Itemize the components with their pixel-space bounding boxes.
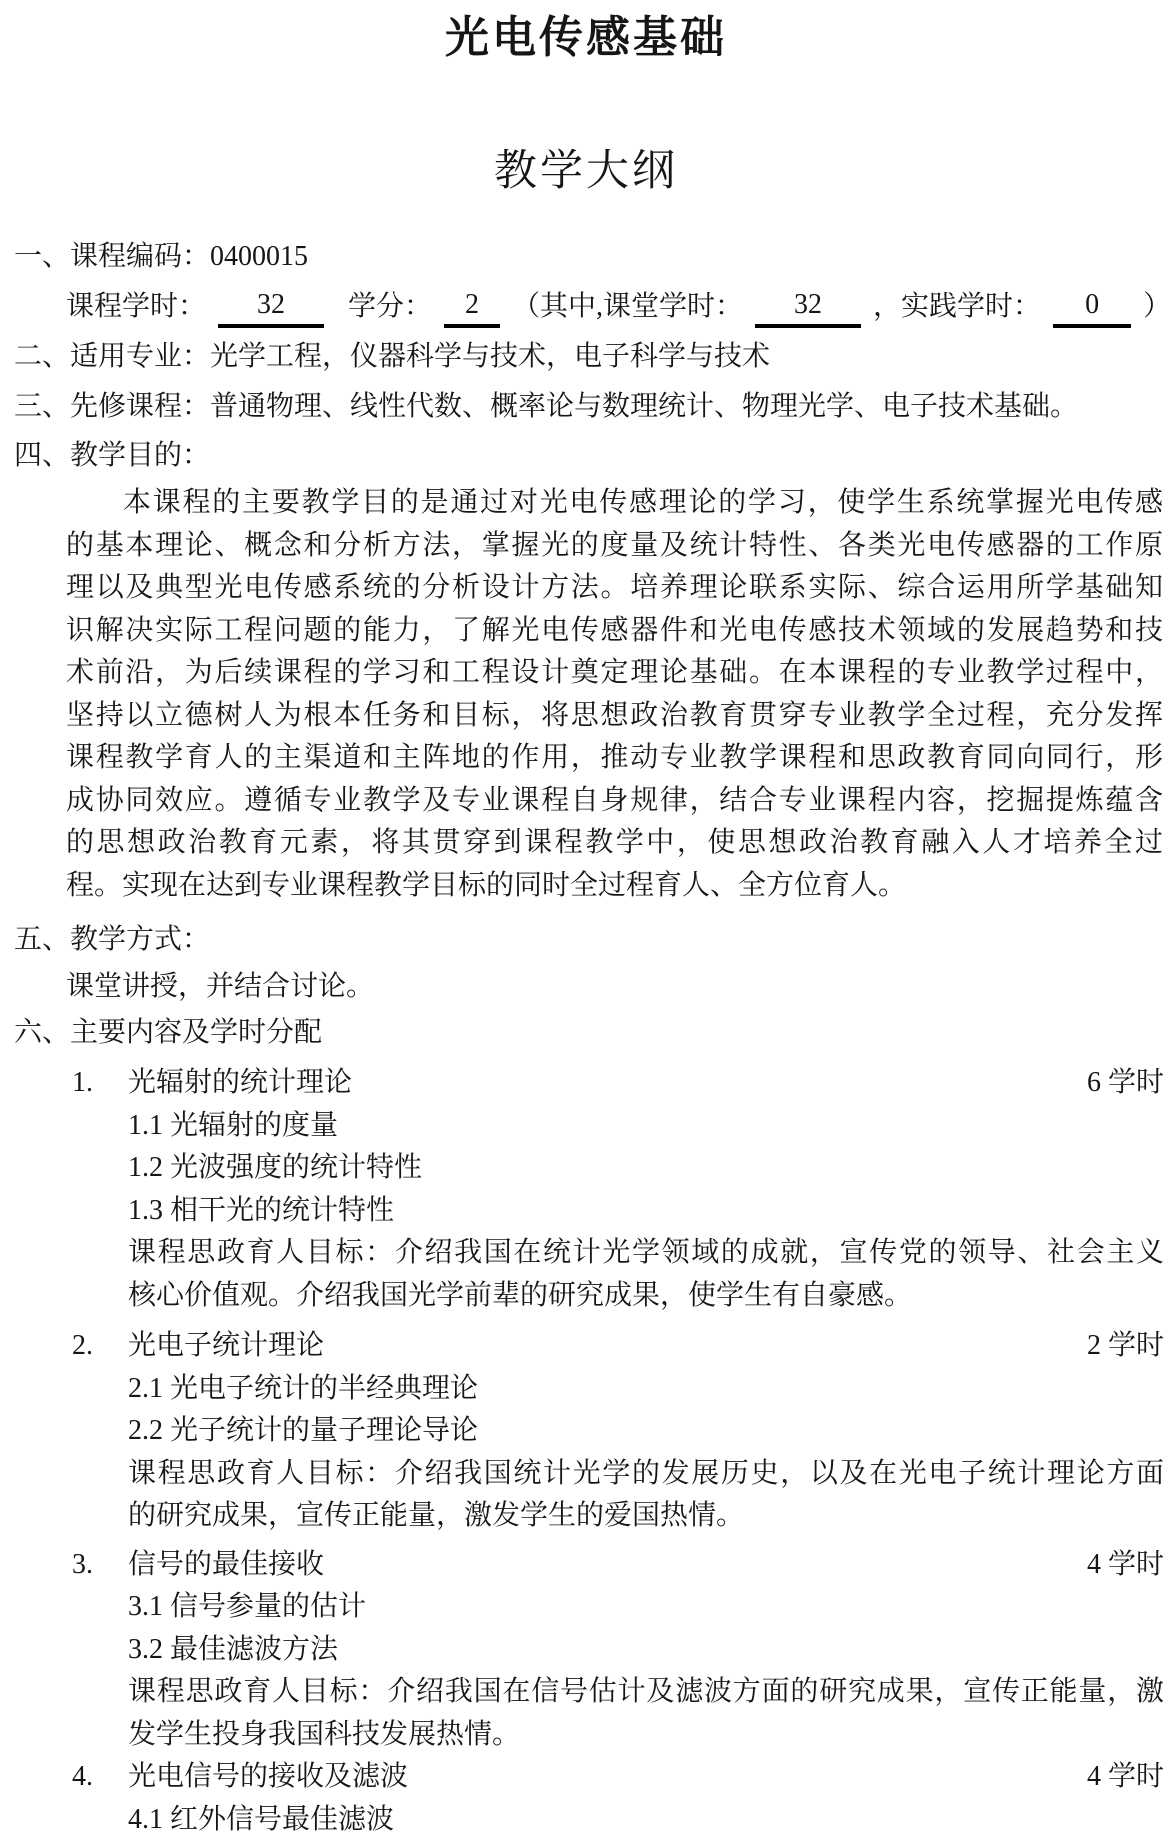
paragraph-line: 的基本理论、概念和分析方法，掌握光的度量及统计特性、各类光电传感器的工作原 [66,525,1163,568]
ideology-line: 课程思政育人目标：介绍我国统计光学的发展历史，以及在光电子统计理论方面 [128,1453,1164,1496]
item-title: 光电子统计理论 [128,1325,1087,1368]
ideology-line: 的研究成果，宣传正能量，激发学生的爱国热情。 [128,1495,1164,1538]
item-hours: 4 学时 [1087,1544,1164,1587]
section-majors: 二、适用专业：光学工程，仪器科学与技术，电子科学与技术 [14,336,1172,378]
item-title: 信号的最佳接收 [128,1544,1087,1587]
item-title: 光辐射的统计理论 [128,1062,1087,1105]
section-2-marker: 二、 [14,336,70,378]
syllabus-page: 光电传感基础 教学大纲 一、课程编码：0400015 课程学时：32学分：2（其… [0,0,1172,1835]
class-hours-blank: 32 [755,288,861,328]
subtopic: 2.2 光子统计的量子理论导论 [128,1410,1172,1453]
close-paren: ） [1143,291,1171,322]
paragraph-line: 术前沿，为后续课程的学习和工程设计奠定理论基础。在本课程的专业教学过程中， [66,652,1163,695]
item-header: 3.信号的最佳接收4 学时 [72,1544,1164,1587]
teaching-method-heading: 教学方式： [70,924,210,955]
content-item-1: 1.光辐射的统计理论6 学时 1.1 光辐射的度量 1.2 光波强度的统计特性 … [0,1062,1172,1317]
course-title: 光电传感基础 [0,14,1172,62]
section-main-content: 六、主要内容及学时分配 [14,1012,1172,1054]
item-header: 2.光电子统计理论2 学时 [72,1325,1164,1368]
section-teaching-method: 五、教学方式： [14,919,1172,961]
doc-subtitle: 教学大纲 [0,148,1172,196]
ideology-line: 课程思政育人目标：介绍我国在信号估计及滤波方面的研究成果，宣传正能量，激 [128,1671,1164,1714]
section-prerequisites: 三、先修课程：普通物理、线性代数、概率论与数理统计、物理光学、电子技术基础。 [14,386,1172,428]
course-code-text: 课程编码：0400015 [70,241,308,272]
teaching-method-content: 课堂讲授，并结合讨论。 [66,966,1172,1008]
paragraph-line: 课程教学育人的主渠道和主阵地的作用，推动专业教学课程和思政教育同向同行，形 [66,737,1163,780]
teaching-purpose-heading: 教学目的： [70,440,210,471]
paragraph-line: 理以及典型光电传感系统的分析设计方法。培养理论联系实际、综合运用所学基础知 [66,567,1163,610]
subtopic: 1.1 光辐射的度量 [128,1105,1172,1148]
course-hours-line: 课程学时：32学分：2（其中,课堂学时：32，实践学时：0） [66,286,1172,328]
ideology-goal: 课程思政育人目标：介绍我国在信号估计及滤波方面的研究成果，宣传正能量，激 发学生… [128,1671,1164,1756]
section-5-marker: 五、 [14,919,70,961]
subtopic: 2.1 光电子统计的半经典理论 [128,1368,1172,1411]
subtopic: 3.1 信号参量的估计 [128,1586,1172,1629]
paragraph-line: 本课程的主要教学目的是通过对光电传感理论的学习，使学生系统掌握光电传感 [66,482,1163,525]
ideology-line: 发学生投身我国科技发展热情。 [128,1714,1164,1757]
item-hours: 2 学时 [1087,1325,1164,1368]
practice-hours-label: ，实践学时： [873,291,1041,322]
item-number: 3. [72,1544,128,1587]
content-items: 1.光辐射的统计理论6 学时 1.1 光辐射的度量 1.2 光波强度的统计特性 … [0,1062,1172,1835]
class-hours-label: （其中,课堂学时： [512,291,743,322]
content-item-3: 3.信号的最佳接收4 学时 3.1 信号参量的估计 3.2 最佳滤波方法 课程思… [0,1544,1172,1757]
content-item-2: 2.光电子统计理论2 学时 2.1 光电子统计的半经典理论 2.2 光子统计的量… [0,1325,1172,1538]
subtopic: 3.2 最佳滤波方法 [128,1629,1172,1672]
credit-blank: 2 [444,288,500,328]
paragraph-line: 的思想政治教育元素，将其贯穿到课程教学中，使思想政治教育融入人才培养全过 [66,822,1163,865]
section-teaching-purpose: 四、教学目的： [14,435,1172,477]
item-hours: 4 学时 [1087,1756,1164,1799]
prerequisites-text: 先修课程：普通物理、线性代数、概率论与数理统计、物理光学、电子技术基础。 [70,391,1078,422]
section-1-marker: 一、 [14,236,70,278]
content-item-4: 4.光电信号的接收及滤波4 学时 4.1 红外信号最佳滤波 [0,1756,1172,1835]
practice-hours-blank: 0 [1053,288,1131,328]
ideology-goal: 课程思政育人目标：介绍我国在统计光学领域的成就，宣传党的领导、社会主义 核心价值… [128,1232,1164,1317]
item-number: 2. [72,1325,128,1368]
paragraph-line: 识解决实际工程问题的能力，了解光电传感器件和光电传感技术领域的发展趋势和技 [66,610,1163,653]
course-hours-blank: 32 [218,288,324,328]
ideology-line: 核心价值观。介绍我国光学前辈的研究成果，使学生有自豪感。 [128,1275,1164,1318]
section-6-marker: 六、 [14,1012,70,1054]
ideology-goal: 课程思政育人目标：介绍我国统计光学的发展历史，以及在光电子统计理论方面 的研究成… [128,1453,1164,1538]
paragraph-line: 成协同效应。遵循专业教学及专业课程自身规律，结合专业课程内容，挖掘提炼蕴含 [66,780,1163,823]
credit-label: 学分： [348,291,432,322]
majors-text: 适用专业：光学工程，仪器科学与技术，电子科学与技术 [70,341,770,372]
course-hours-label: 课程学时： [66,291,206,322]
section-course-code: 一、课程编码：0400015 [14,236,1172,278]
item-title: 光电信号的接收及滤波 [128,1756,1087,1799]
subtopic: 4.1 红外信号最佳滤波 [128,1799,1172,1835]
subtopic: 1.2 光波强度的统计特性 [128,1147,1172,1190]
teaching-purpose-paragraph: 本课程的主要教学目的是通过对光电传感理论的学习，使学生系统掌握光电传感 的基本理… [66,482,1163,907]
paragraph-line: 程。实现在达到专业课程教学目标的同时全过程育人、全方位育人。 [66,865,1163,908]
item-header: 4.光电信号的接收及滤波4 学时 [72,1756,1164,1799]
paragraph-line: 坚持以立德树人为根本任务和目标，将思想政治教育贯穿专业教学全过程，充分发挥 [66,695,1163,738]
item-number: 4. [72,1756,128,1799]
subtopic: 1.3 相干光的统计特性 [128,1190,1172,1233]
item-hours: 6 学时 [1087,1062,1164,1105]
section-4-marker: 四、 [14,435,70,477]
item-number: 1. [72,1062,128,1105]
section-3-marker: 三、 [14,386,70,428]
ideology-line: 课程思政育人目标：介绍我国在统计光学领域的成就，宣传党的领导、社会主义 [128,1232,1164,1275]
item-header: 1.光辐射的统计理论6 学时 [72,1062,1164,1105]
main-content-heading: 主要内容及学时分配 [70,1017,322,1048]
